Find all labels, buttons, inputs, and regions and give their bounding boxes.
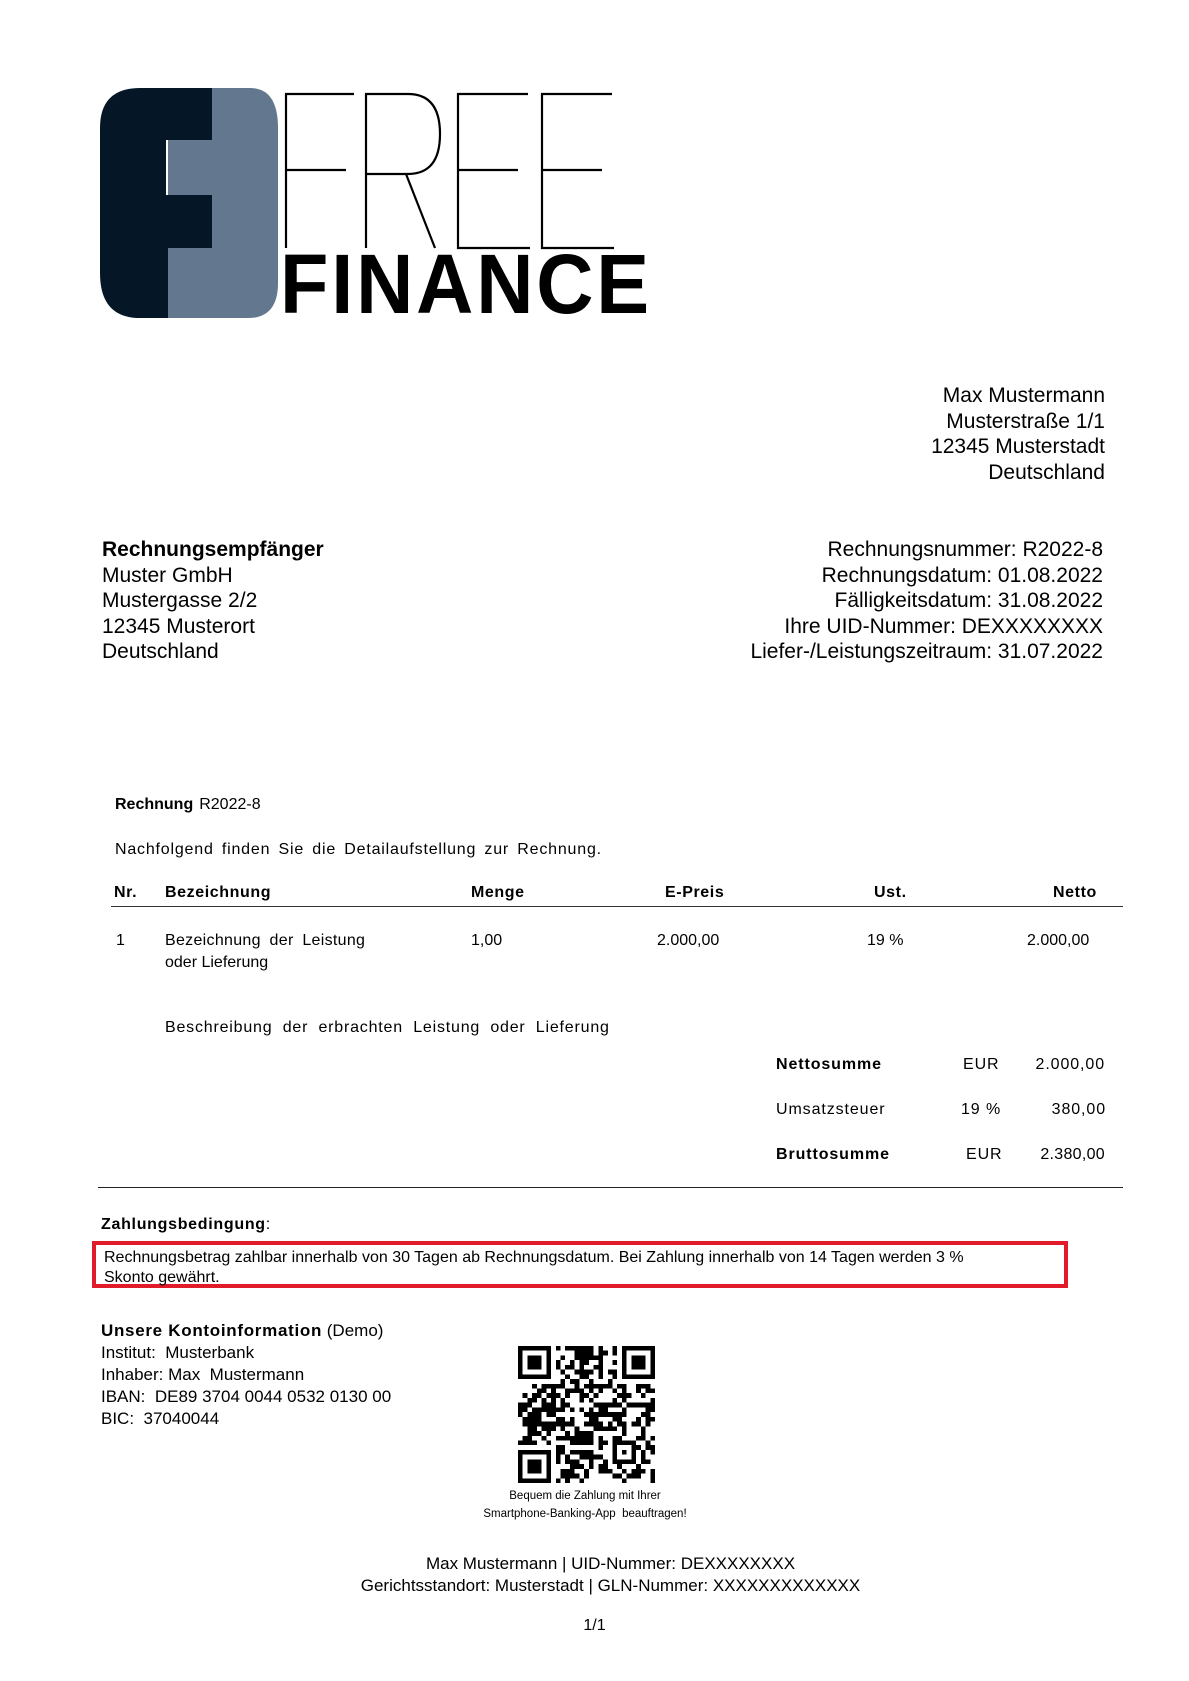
invoice-title-number: R2022-8 [199, 796, 260, 813]
sender-street: Musterstraße 1/1 [931, 409, 1105, 435]
service-period: Liefer-/Leistungszeitraum: 31.07.2022 [750, 639, 1103, 665]
invoice-meta: Rechnungsnummer: R2022-8 Rechnungsdatum:… [750, 537, 1103, 665]
customer-uid: Ihre UID-Nummer: DEXXXXXXXX [750, 614, 1103, 640]
invoice-date: Rechnungsdatum: 01.08.2022 [750, 563, 1103, 589]
payment-terms-label-text: Zahlungsbedingung [101, 1216, 266, 1233]
bank-info-heading-suffix: (Demo) [322, 1321, 383, 1340]
invoice-number: Rechnungsnummer: R2022-8 [750, 537, 1103, 563]
recipient-country: Deutschland [102, 639, 324, 665]
free-finance-logo: FINANCE [100, 88, 720, 318]
payment-terms-label: Zahlungsbedingung: [101, 1216, 271, 1234]
recipient-heading: Rechnungsempfänger [102, 537, 324, 563]
vat-total-value: 380,00 [1052, 1101, 1106, 1119]
page-number: 1/1 [0, 1617, 1189, 1635]
row-net: 2.000,00 [1027, 930, 1089, 952]
qr-code-icon [518, 1346, 655, 1483]
recipient-company: Muster GmbH [102, 563, 324, 589]
footer-line2: Gerichtsstandort: Musterstadt | GLN-Numm… [0, 1575, 1189, 1597]
recipient-city: 12345 Musterort [102, 614, 324, 640]
sender-name: Max Mustermann [931, 383, 1105, 409]
col-header-net: Netto [1053, 884, 1097, 902]
bank-info-heading: Unsere Kontoinformation [101, 1321, 322, 1340]
col-header-nr: Nr. [114, 884, 137, 902]
vat-total-label: Umsatzsteuer [776, 1101, 886, 1119]
invoice-title: RechnungR2022-8 [115, 796, 261, 814]
payment-terms-line1: Rechnungsbetrag zahlbar innerhalb von 30… [104, 1248, 1064, 1268]
net-total-label: Nettosumme [776, 1056, 882, 1074]
gross-total-label: Bruttosumme [776, 1146, 890, 1164]
sender-city: 12345 Musterstadt [931, 434, 1105, 460]
recipient-street: Mustergasse 2/2 [102, 588, 324, 614]
table-header-divider [111, 906, 1123, 907]
row-description-line2: oder Lieferung [165, 952, 365, 974]
invoice-due-date: Fälligkeitsdatum: 31.08.2022 [750, 588, 1103, 614]
qr-caption-line2: Smartphone-Banking-App beauftragen! [470, 1505, 700, 1523]
bank-iban: IBAN: DE89 3704 0044 0532 0130 00 [101, 1386, 391, 1408]
bank-info: Unsere Kontoinformation (Demo) Institut:… [101, 1320, 391, 1430]
bank-bic: BIC: 37040044 [101, 1408, 391, 1430]
bank-institute: Institut: Musterbank [101, 1342, 391, 1364]
totals-divider [98, 1187, 1123, 1188]
qr-caption: Bequem die Zahlung mit Ihrer Smartphone-… [470, 1487, 700, 1523]
footer-line1: Max Mustermann | UID-Nummer: DEXXXXXXXX [0, 1553, 1189, 1575]
logo-finance-text: FINANCE [280, 237, 652, 318]
footer: Max Mustermann | UID-Nummer: DEXXXXXXXX … [0, 1553, 1189, 1597]
logo-free-text [286, 94, 614, 248]
payment-terms-line2: Skonto gewährt. [104, 1268, 1064, 1288]
vat-total-rate: 19 % [961, 1101, 1001, 1119]
bank-holder: Inhaber: Max Mustermann [101, 1364, 391, 1386]
payment-terms-colon: : [266, 1216, 271, 1233]
net-total-value: 2.000,00 [1036, 1056, 1105, 1074]
row-vat: 19 % [867, 930, 903, 952]
row-description: Bezeichnung der Leistung oder Lieferung [165, 930, 365, 974]
qr-caption-line1: Bequem die Zahlung mit Ihrer [470, 1487, 700, 1505]
item-detail-description: Beschreibung der erbrachten Leistung ode… [165, 1019, 610, 1037]
col-header-vat: Ust. [874, 884, 907, 902]
row-description-line1: Bezeichnung der Leistung [165, 930, 365, 952]
recipient-address: Rechnungsempfänger Muster GmbH Mustergas… [102, 537, 324, 665]
sender-address: Max Mustermann Musterstraße 1/1 12345 Mu… [931, 383, 1105, 485]
invoice-title-label: Rechnung [115, 796, 193, 813]
gross-total-unit: EUR [966, 1146, 1002, 1164]
sender-country: Deutschland [931, 460, 1105, 486]
col-header-description: Bezeichnung [165, 884, 271, 902]
payment-terms-highlight: Rechnungsbetrag zahlbar innerhalb von 30… [92, 1241, 1068, 1288]
net-total-unit: EUR [963, 1056, 999, 1074]
row-unit-price: 2.000,00 [657, 930, 719, 952]
row-quantity: 1,00 [471, 930, 502, 952]
col-header-unit-price: E-Preis [665, 884, 724, 902]
intro-text: Nachfolgend finden Sie die Detailaufstel… [115, 841, 602, 859]
gross-total-value: 2.380,00 [1040, 1146, 1105, 1164]
col-header-quantity: Menge [471, 884, 525, 902]
row-nr: 1 [116, 930, 125, 952]
